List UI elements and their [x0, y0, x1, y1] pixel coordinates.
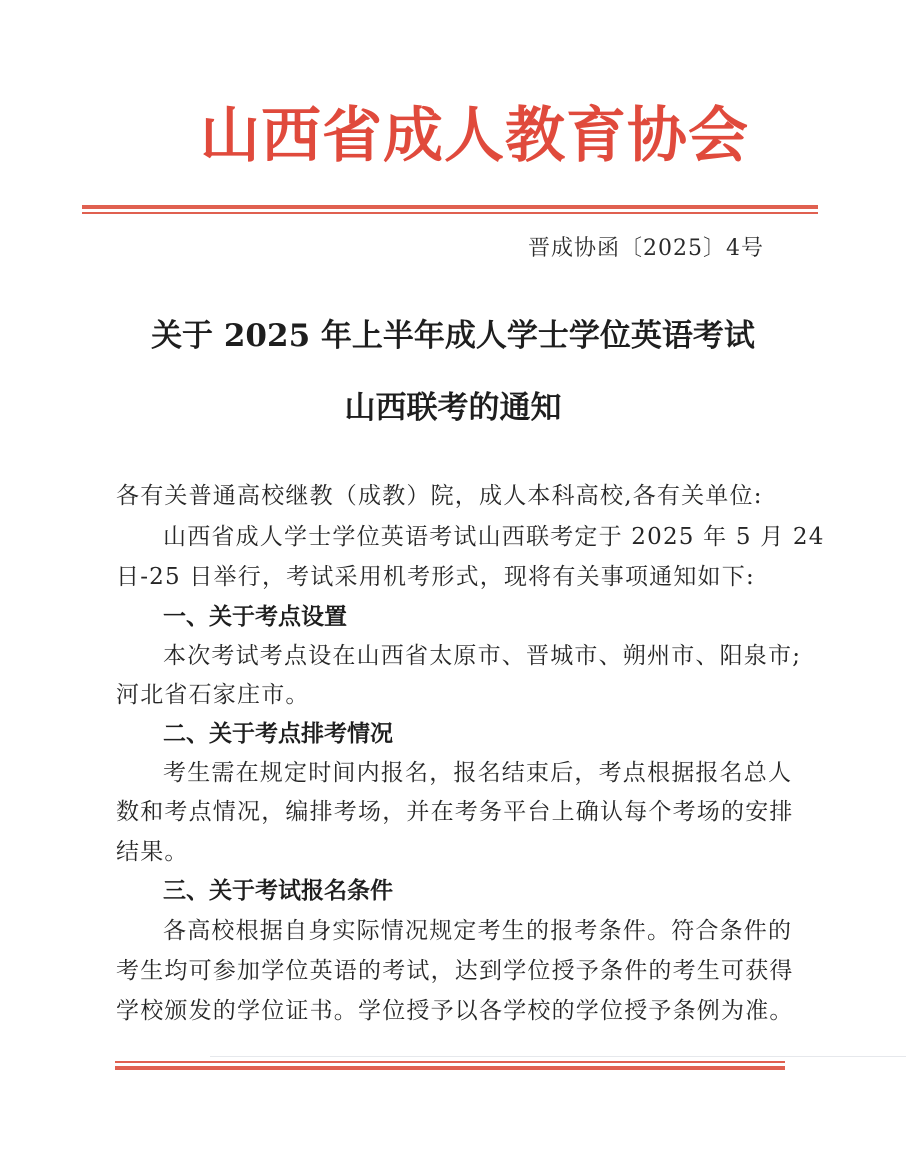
intro-line-1: 山西省成人学士学位英语考试山西联考定于 2025 年 5 月 24 [163, 522, 825, 552]
document-title-line-2: 山西联考的通知 [0, 388, 906, 428]
intro-line-2: 日-25 日举行，考试采用机考形式，现将有关事项通知如下: [116, 562, 755, 592]
section-heading-3: 三、关于考试报名条件 [163, 876, 393, 906]
salutation: 各有关普通高校继教（成教）院，成人本科高校,各有关单位: [116, 481, 763, 511]
section-1-line-1: 本次考试考点设在山西省太原市、晋城市、朔州市、阳泉市; [163, 641, 801, 671]
section-3-line-2: 考生均可参加学位英语的考试，达到学位授予条件的考生可获得 [116, 956, 794, 986]
section-2-line-1: 考生需在规定时间内报名，报名结束后，考点根据报名总人 [163, 758, 792, 788]
section-1-line-2: 河北省石家庄市。 [116, 680, 310, 710]
footer-rule-thick [115, 1066, 785, 1070]
document-title-line-1: 关于 2025 年上半年成人学士学位英语考试 [0, 316, 906, 356]
section-heading-1: 一、关于考点设置 [163, 602, 347, 632]
letterhead-title: 山西省成人教育协会 [200, 96, 710, 176]
section-heading-2: 二、关于考点排考情况 [163, 719, 393, 749]
section-3-line-1: 各高校根据自身实际情况规定考生的报考条件。符合条件的 [163, 916, 792, 946]
section-2-line-2: 数和考点情况，编排考场，并在考务平台上确认每个考场的安排 [116, 797, 794, 827]
page-edge-shadow [210, 1056, 906, 1057]
footer-rule-thin [115, 1061, 785, 1063]
section-2-line-3: 结果。 [116, 837, 189, 867]
document-number: 晋成协函〔2025〕4号 [528, 234, 764, 264]
letterhead-rule-thick [82, 205, 818, 209]
section-3-line-3: 学校颁发的学位证书。学位授予以各学校的学位授予条例为准。 [116, 996, 794, 1026]
letterhead-rule-thin [82, 212, 818, 214]
